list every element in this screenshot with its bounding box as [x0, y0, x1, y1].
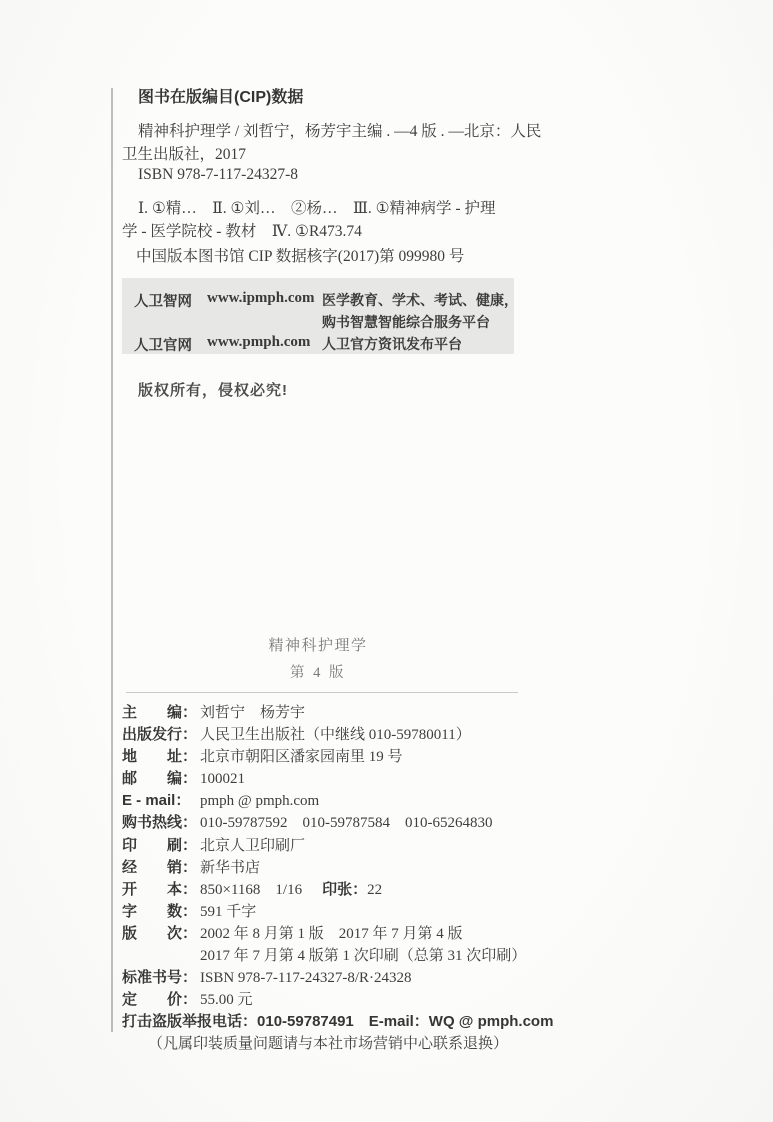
banner-site-url: www.pmph.com — [207, 334, 310, 351]
row-value-sheets: 22 — [367, 882, 382, 898]
row-value: 北京人卫印刷厂 — [200, 838, 305, 854]
row-label: 印 刷： — [122, 835, 200, 857]
banner-site-name: 人卫智网 — [134, 290, 192, 311]
row-label: 定 价： — [122, 989, 200, 1011]
row-value: 850×1168 1/16 — [200, 882, 302, 898]
colophon: 主 编：刘哲宁 杨芳宇 出版发行：人民卫生出版社（中继线 010-5978001… — [122, 702, 553, 1056]
banner-site-name: 人卫官网 — [134, 334, 192, 355]
row-value: 2002 年 8 月第 1 版 2017 年 7 月第 4 版 — [200, 926, 463, 942]
row-value: pmph @ pmph.com — [200, 793, 319, 809]
row-label: E - mail： — [122, 790, 200, 812]
book-title: 精神科护理学 — [122, 636, 514, 656]
cip-classification-line-1: Ⅰ. ①精… Ⅱ. ①刘… ②杨… Ⅲ. ①精神病学 - 护理 — [138, 196, 495, 218]
row-label: 邮 编： — [122, 768, 200, 790]
colophon-row-printer: 印 刷：北京人卫印刷厂 — [122, 835, 553, 857]
row-value: （凡属印装质量问题请与本社市场营销中心联系退换） — [148, 1036, 508, 1052]
colophon-row-publisher: 出版发行：人民卫生出版社（中继线 010-59780011） — [122, 724, 553, 746]
colophon-row-format: 开 本：850×1168 1/16印张：22 — [122, 879, 553, 901]
copyright-notice: 版权所有，侵权必究! — [138, 379, 288, 400]
cip-heading: 图书在版编目(CIP)数据 — [138, 84, 303, 107]
row-value: 010-59787592 010-59787584 010-65264830 — [200, 815, 493, 831]
colophon-row-price: 定 价：55.00 元 — [122, 989, 553, 1011]
row-value: 55.00 元 — [200, 992, 253, 1008]
row-value: 新华书店 — [200, 860, 260, 876]
row-value: 591 千字 — [200, 904, 256, 920]
row-label: 出版发行： — [122, 724, 200, 746]
row-label: 开 本： — [122, 879, 200, 901]
colophon-row-printing-info: 2017 年 7 月第 4 版第 1 次印刷（总第 31 次印刷） — [122, 945, 553, 967]
banner-site-description: 医学教育、学术、考试、健康， — [322, 290, 518, 310]
banner-site-url: www.ipmph.com — [207, 290, 315, 307]
colophon-row-edition-history: 版 次：2002 年 8 月第 1 版 2017 年 7 月第 4 版 — [122, 923, 553, 945]
colophon-row-postcode: 邮 编：100021 — [122, 768, 553, 790]
row-value: ISBN 978-7-117-24327-8/R·24328 — [200, 970, 412, 986]
row-value: 010-59787491 E-mail：WQ @ pmph.com — [257, 1013, 553, 1030]
colophon-row-email: E - mail：pmph @ pmph.com — [122, 790, 553, 812]
row-label: 标准书号： — [122, 967, 200, 989]
page-gutter-rule — [111, 88, 113, 1032]
row-value: 人民卫生出版社（中继线 010-59780011） — [200, 727, 471, 743]
row-label: 经 销： — [122, 857, 200, 879]
colophon-row-wordcount: 字 数：591 千字 — [122, 901, 553, 923]
divider-rule — [126, 692, 518, 693]
cip-classification-line-2: 学 - 医学院校 - 教材 Ⅳ. ①R473.74 — [122, 219, 362, 241]
banner-site-description-cont: 购书智慧智能综合服务平台 — [322, 312, 490, 332]
colophon-row-hotline: 购书热线：010-59787592 010-59787584 010-65264… — [122, 812, 553, 834]
cip-entry-line-2: 卫生出版社，2017 — [122, 142, 246, 164]
pmph-website-banner: 人卫智网 www.ipmph.com 医学教育、学术、考试、健康， 购书智慧智能… — [122, 278, 514, 354]
colophon-row-quality-note: （凡属印装质量问题请与本社市场营销中心联系退换） — [122, 1033, 553, 1055]
colophon-row-editors: 主 编：刘哲宁 杨芳宇 — [122, 702, 553, 724]
colophon-row-standard-isbn: 标准书号：ISBN 978-7-117-24327-8/R·24328 — [122, 967, 553, 989]
cip-record-number-line: 中国版本图书馆 CIP 数据核字(2017)第 099980 号 — [136, 244, 464, 266]
row-value: 北京市朝阳区潘家园南里 19 号 — [200, 749, 403, 765]
colophon-row-distributor: 经 销：新华书店 — [122, 857, 553, 879]
scanned-copyright-page: 图书在版编目(CIP)数据 精神科护理学 / 刘哲宁，杨芳宇主编 . —4 版 … — [0, 0, 773, 1122]
book-edition: 第 4 版 — [122, 661, 514, 682]
row-label: 主 编： — [122, 702, 200, 724]
row-value: 100021 — [200, 771, 245, 787]
banner-site-description: 人卫官方资讯发布平台 — [322, 334, 462, 354]
row-label: 版 次： — [122, 923, 200, 945]
cip-isbn-line: ISBN 978-7-117-24327-8 — [138, 166, 298, 184]
row-label: 字 数： — [122, 901, 200, 923]
row-value: 2017 年 7 月第 4 版第 1 次印刷（总第 31 次印刷） — [200, 948, 526, 964]
row-label: 地 址： — [122, 746, 200, 768]
book-title-block: 精神科护理学 第 4 版 — [122, 636, 514, 682]
row-label-sheets: 印张： — [322, 879, 367, 901]
cip-entry-line-1: 精神科护理学 / 刘哲宁，杨芳宇主编 . —4 版 . —北京：人民 — [138, 119, 541, 141]
colophon-row-antipiracy: 打击盗版举报电话：010-59787491 E-mail：WQ @ pmph.c… — [122, 1011, 553, 1033]
row-label: 购书热线： — [122, 812, 200, 834]
colophon-row-address: 地 址：北京市朝阳区潘家园南里 19 号 — [122, 746, 553, 768]
row-value: 刘哲宁 杨芳宇 — [200, 705, 305, 721]
row-label: 打击盗版举报电话： — [122, 1011, 257, 1033]
